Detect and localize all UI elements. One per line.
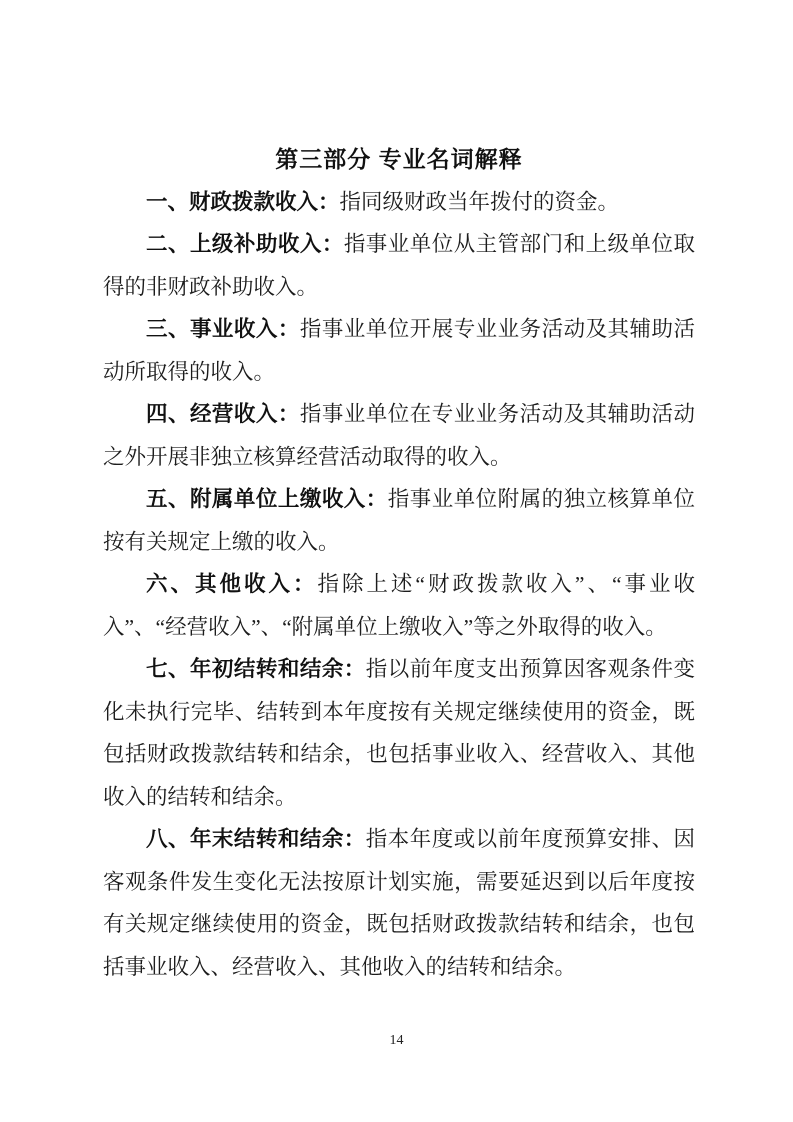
- term-paragraph: 六、其他收入：指除上述“财政拨款收入”、“事业收入”、“经营收入”、“附属单位上…: [103, 563, 695, 648]
- term-paragraph: 四、经营收入：指事业单位在专业业务活动及其辅助活动之外开展非独立核算经营活动取得…: [103, 393, 695, 478]
- term-paragraph: 七、年初结转和结余：指以前年度支出预算因客观条件变化未执行完毕、结转到本年度按有…: [103, 648, 695, 818]
- term-label: 二、上级补助收入：: [146, 232, 344, 256]
- term-label: 一、财政拨款收入：: [146, 190, 340, 214]
- term-definition: 指同级财政当年拨付的资金。: [340, 190, 620, 214]
- term-paragraph: 三、事业收入：指事业单位开展专业业务活动及其辅助活动所取得的收入。: [103, 308, 695, 393]
- document-page: 第三部分 专业名词解释 一、财政拨款收入：指同级财政当年拨付的资金。 二、上级补…: [0, 0, 793, 1122]
- term-label: 六、其他收入：: [146, 572, 317, 596]
- page-title: 第三部分 专业名词解释: [103, 138, 695, 181]
- term-label: 八、年末结转和结余：: [146, 827, 366, 851]
- term-paragraph: 五、附属单位上缴收入：指事业单位附属的独立核算单位按有关规定上缴的收入。: [103, 478, 695, 563]
- term-paragraph: 二、上级补助收入：指事业单位从主管部门和上级单位取得的非财政补助收入。: [103, 223, 695, 308]
- term-label: 五、附属单位上缴收入：: [146, 487, 388, 511]
- term-paragraph: 八、年末结转和结余：指本年度或以前年度预算安排、因客观条件发生变化无法按原计划实…: [103, 818, 695, 988]
- term-label: 三、事业收入：: [146, 317, 300, 341]
- page-number: 14: [0, 1033, 793, 1049]
- term-label: 七、年初结转和结余：: [146, 657, 366, 681]
- term-label: 四、经营收入：: [146, 402, 300, 426]
- term-paragraph: 一、财政拨款收入：指同级财政当年拨付的资金。: [103, 181, 695, 224]
- document-content: 第三部分 专业名词解释 一、财政拨款收入：指同级财政当年拨付的资金。 二、上级补…: [103, 138, 695, 988]
